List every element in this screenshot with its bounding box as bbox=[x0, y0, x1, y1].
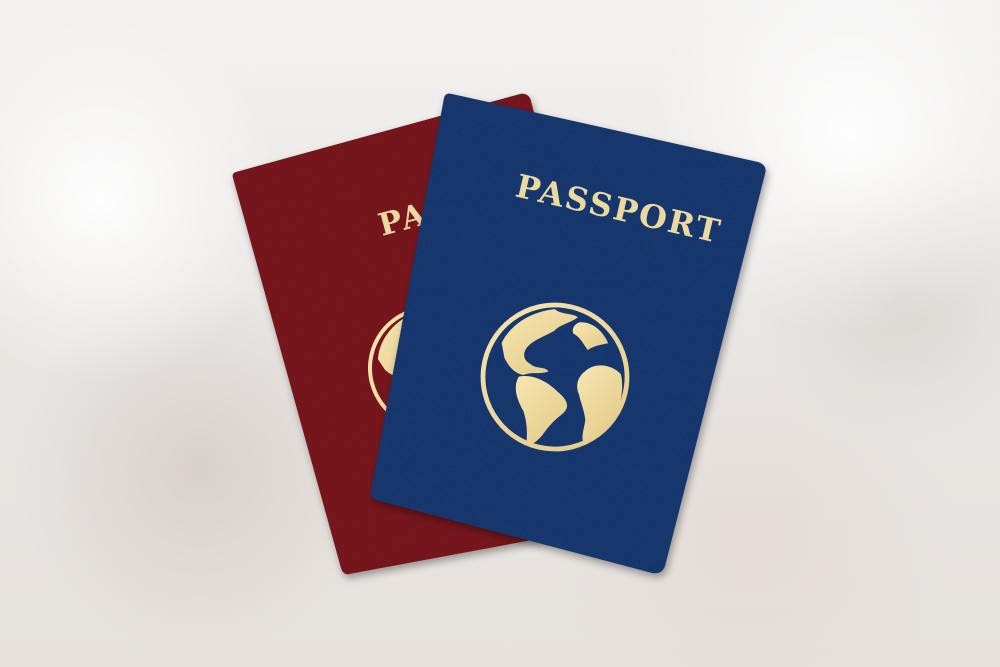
red-passport-label: PASSPORT bbox=[0, 0, 1, 1]
passports-scene: PASSPORT PASSPORT bbox=[0, 0, 1000, 667]
